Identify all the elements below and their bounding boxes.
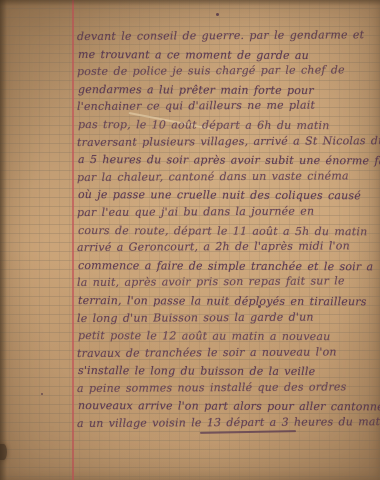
handwritten-line-15: la nuit, après avoir pris son repas fait… xyxy=(77,272,377,291)
page-left-edge-shadow xyxy=(0,0,7,480)
handwritten-line-1: devant le conseil de guerre. par le gend… xyxy=(77,26,377,45)
handwritten-line-11: par l'eau que j'ai bu dans la journée en xyxy=(77,202,377,221)
handwritten-line-13: arrivé a Geroncourt, a 2h de l'après mid… xyxy=(77,237,377,256)
ink-speck xyxy=(41,393,43,395)
ink-speck xyxy=(258,305,261,308)
handwritten-line-23: a un village voisin le 13 départ a 3 heu… xyxy=(77,413,377,432)
handwritten-line-21: a peine sommes nous installé que des ord… xyxy=(77,378,377,397)
page-edge-tear-mark xyxy=(0,444,7,460)
handwritten-line-19: travaux de tranchées le soir a nouveau l… xyxy=(77,343,377,362)
notebook-page: devant le conseil de guerre. par le gend… xyxy=(0,0,380,480)
handwritten-text-block: devant le conseil de guerre. par le gend… xyxy=(77,28,377,433)
handwritten-line-5: l'enchainer ce qui d'ailleurs ne me plai… xyxy=(77,97,377,116)
handwritten-line-9: par la chaleur, cantoné dans un vaste ci… xyxy=(77,167,377,186)
ink-speck xyxy=(216,13,219,16)
margin-line xyxy=(72,0,74,480)
handwritten-line-3: poste de police je suis chargé par le ch… xyxy=(77,61,377,80)
handwritten-line-17: le long d'un Buisson sous la garde d'un xyxy=(77,308,377,327)
page-top-edge-shadow xyxy=(0,0,380,6)
handwritten-line-7: traversant plusieurs villages, arrivé a … xyxy=(77,132,377,151)
